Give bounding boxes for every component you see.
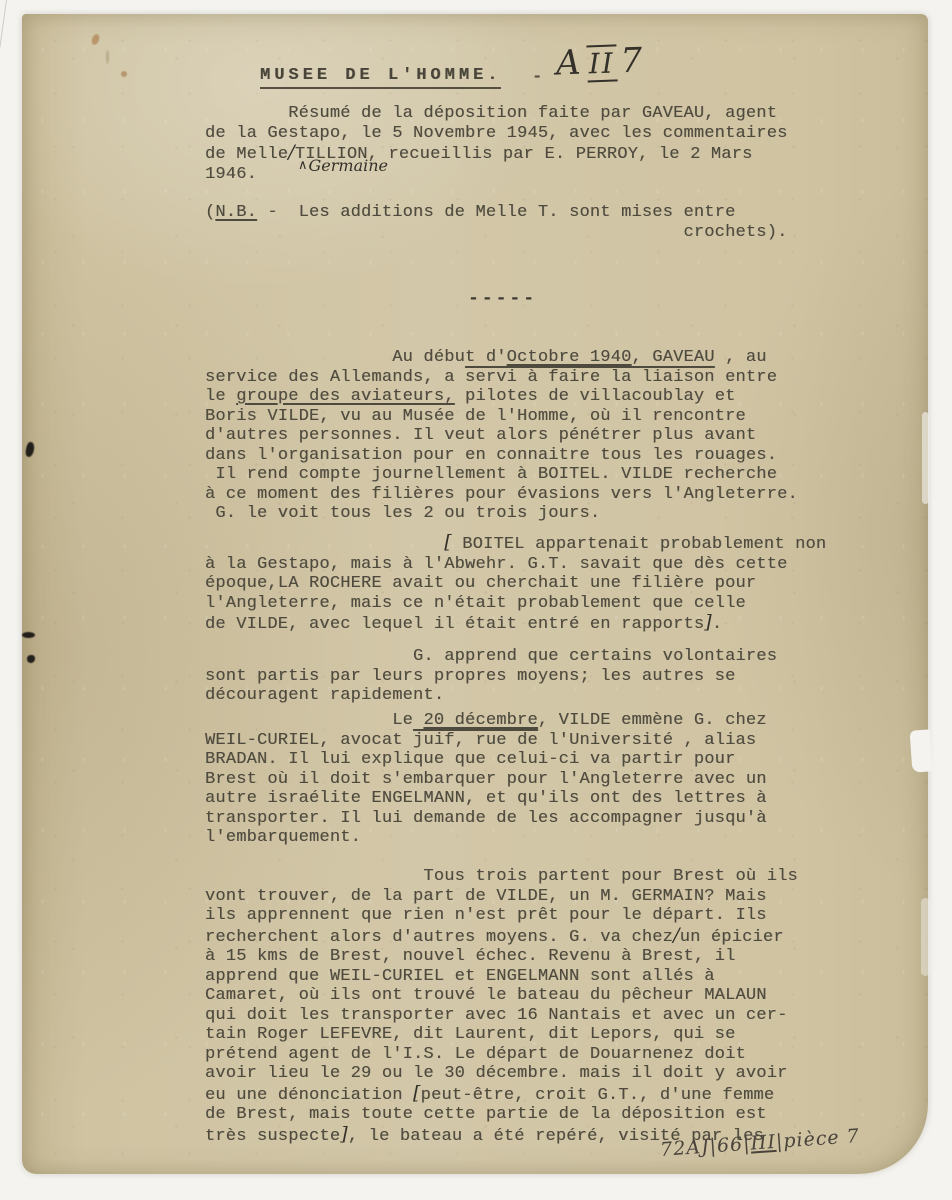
scan-edge-artifact <box>0 0 7 89</box>
paper-tear <box>922 412 929 504</box>
document-paper: MUSEE DE L'HOMME. - AII7 Résumé de la dé… <box>22 14 928 1174</box>
paper-stain <box>90 33 100 46</box>
document-header: MUSEE DE L'HOMME. - <box>260 66 501 85</box>
body-paragraph-brest-journey: Tous trois partent pour Brest où ils von… <box>205 867 798 1146</box>
body-paragraph-december-20: Le 20 décembre, VILDE emmène G. chez WEI… <box>205 711 767 848</box>
classification-roman-numeral: II <box>586 44 617 82</box>
body-paragraph-boitel-comment: [ BOITEL appartenait probablement non à … <box>205 533 826 635</box>
paper-stain <box>106 50 109 64</box>
insertion-text: Germaine <box>309 156 389 175</box>
ink-smudge <box>22 632 35 638</box>
summary-paragraph: Résumé de la déposition faite par GAVEAU… <box>205 104 788 184</box>
handwritten-insertion: ∧Germaine <box>298 156 388 175</box>
paper-stain <box>121 71 127 77</box>
paper-tear <box>910 729 933 772</box>
insertion-caret-icon: ∧ <box>298 158 308 173</box>
title-dash: - <box>532 68 542 87</box>
handwritten-classification: AII7 <box>555 40 645 83</box>
section-divider: ----- <box>468 289 537 309</box>
document-title: MUSEE DE L'HOMME. <box>260 66 501 89</box>
paper-tear <box>921 898 930 976</box>
ink-smudge <box>27 655 35 663</box>
scan-surface: MUSEE DE L'HOMME. - AII7 Résumé de la dé… <box>0 0 952 1200</box>
ink-smudge <box>24 441 35 457</box>
classification-number: 7 <box>620 40 645 81</box>
body-paragraph-volunteers: G. apprend que certains volontaires sont… <box>205 647 777 706</box>
classification-letter: A <box>555 43 583 84</box>
body-paragraph-opening: Au début d'Octobre 1940, GAVEAU , au ser… <box>205 348 798 524</box>
nb-note: (N.B. - Les additions de Melle T. sont m… <box>205 203 788 242</box>
